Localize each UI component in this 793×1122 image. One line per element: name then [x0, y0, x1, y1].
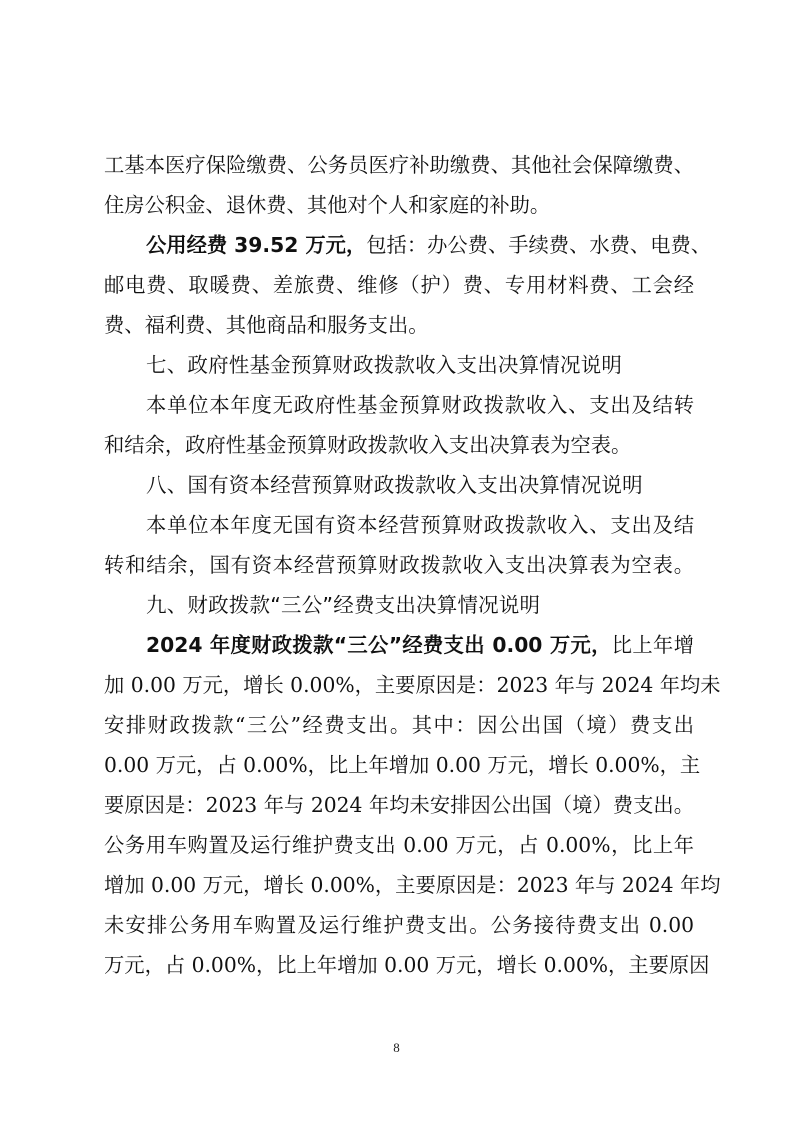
line-4: 邮电费、取暖费、差旅费、维修（护）费、专用材料费、工会经 — [104, 265, 694, 305]
text-segment: 增加 0.00 万元，增长 0.00%，主要原因是：2023 年与 2024 年… — [104, 873, 721, 897]
heading-text: 七、政府性基金预算财政拨款收入支出决算情况说明 — [146, 353, 622, 377]
heading-text: 九、财政拨款“三公”经费支出决算情况说明 — [146, 593, 540, 617]
text-segment: 工基本医疗保险缴费、公务员医疗补助缴费、其他社会保障缴费、 — [104, 153, 694, 177]
line-1: 工基本医疗保险缴费、公务员医疗补助缴费、其他社会保障缴费、 — [104, 145, 694, 185]
line-20: 未安排公务用车购置及运行维护费支出。公务接待费支出 0.00 — [104, 905, 694, 945]
line-7: 本单位本年度无政府性基金预算财政拨款收入、支出及结转 — [104, 385, 694, 425]
text-segment: 比上年增 — [612, 633, 694, 657]
text-segment: 本单位本年度无政府性基金预算财政拨款收入、支出及结转 — [146, 393, 694, 417]
line-19: 增加 0.00 万元，增长 0.00%，主要原因是：2023 年与 2024 年… — [104, 865, 694, 905]
line-14: 加 0.00 万元，增长 0.00%，主要原因是：2023 年与 2024 年均… — [104, 665, 694, 705]
bold-lead-text: 公用经费 39.52 万元， — [146, 233, 366, 257]
text-segment: 安排财政拨款“三公”经费支出。其中：因公出国（境）费支出 — [104, 713, 694, 737]
text-segment: 要原因是：2023 年与 2024 年均未安排因公出国（境）费支出。 — [104, 793, 694, 817]
text-segment: 未安排公务用车购置及运行维护费支出。公务接待费支出 0.00 — [104, 913, 694, 937]
line-10: 本单位本年度无国有资本经营预算财政拨款收入、支出及结 — [104, 505, 694, 545]
line-11: 转和结余，国有资本经营预算财政拨款收入支出决算表为空表。 — [104, 545, 694, 585]
line-21: 万元，占 0.00%，比上年增加 0.00 万元，增长 0.00%，主要原因 — [104, 945, 694, 985]
text-segment: 包括：办公费、手续费、水费、电费、 — [366, 233, 711, 257]
text-segment: 和结余，政府性基金预算财政拨款收入支出决算表为空表。 — [104, 433, 631, 457]
section-heading-8: 八、国有资本经营预算财政拨款收入支出决算情况说明 — [104, 465, 694, 505]
line-5: 费、福利费、其他商品和服务支出。 — [104, 305, 694, 345]
text-segment: 0.00 万元，占 0.00%，比上年增加 0.00 万元，增长 0.00%，主 — [104, 753, 700, 777]
text-segment: 本单位本年度无国有资本经营预算财政拨款收入、支出及结 — [146, 513, 694, 537]
document-body: 工基本医疗保险缴费、公务员医疗补助缴费、其他社会保障缴费、 住房公积金、退休费、… — [104, 145, 694, 985]
text-segment: 邮电费、取暖费、差旅费、维修（护）费、专用材料费、工会经 — [104, 273, 694, 297]
text-segment: 万元，占 0.00%，比上年增加 0.00 万元，增长 0.00%，主要原因 — [104, 953, 709, 977]
text-segment: 加 0.00 万元，增长 0.00%，主要原因是：2023 年与 2024 年均… — [104, 673, 721, 697]
line-2: 住房公积金、退休费、其他对个人和家庭的补助。 — [104, 185, 694, 225]
section-heading-7: 七、政府性基金预算财政拨款收入支出决算情况说明 — [104, 345, 694, 385]
line-public-funds: 公用经费 39.52 万元，包括：办公费、手续费、水费、电费、 — [104, 225, 694, 265]
page-number: 8 — [0, 1040, 793, 1056]
text-segment: 转和结余，国有资本经营预算财政拨款收入支出决算表为空表。 — [104, 553, 694, 577]
line-8: 和结余，政府性基金预算财政拨款收入支出决算表为空表。 — [104, 425, 694, 465]
text-segment: 公务用车购置及运行维护费支出 0.00 万元，占 0.00%，比上年 — [104, 833, 694, 857]
text-segment: 住房公积金、退休费、其他对个人和家庭的补助。 — [104, 193, 550, 217]
line-18: 公务用车购置及运行维护费支出 0.00 万元，占 0.00%，比上年 — [104, 825, 694, 865]
line-16: 0.00 万元，占 0.00%，比上年增加 0.00 万元，增长 0.00%，主 — [104, 745, 694, 785]
text-segment: 费、福利费、其他商品和服务支出。 — [104, 313, 429, 337]
line-three-public-summary: 2024 年度财政拨款“三公”经费支出 0.00 万元，比上年增 — [104, 625, 694, 665]
section-heading-9: 九、财政拨款“三公”经费支出决算情况说明 — [104, 585, 694, 625]
line-17: 要原因是：2023 年与 2024 年均未安排因公出国（境）费支出。 — [104, 785, 694, 825]
line-15: 安排财政拨款“三公”经费支出。其中：因公出国（境）费支出 — [104, 705, 694, 745]
bold-lead-text: 2024 年度财政拨款“三公”经费支出 0.00 万元， — [146, 633, 612, 657]
heading-text: 八、国有资本经营预算财政拨款收入支出决算情况说明 — [146, 473, 643, 497]
